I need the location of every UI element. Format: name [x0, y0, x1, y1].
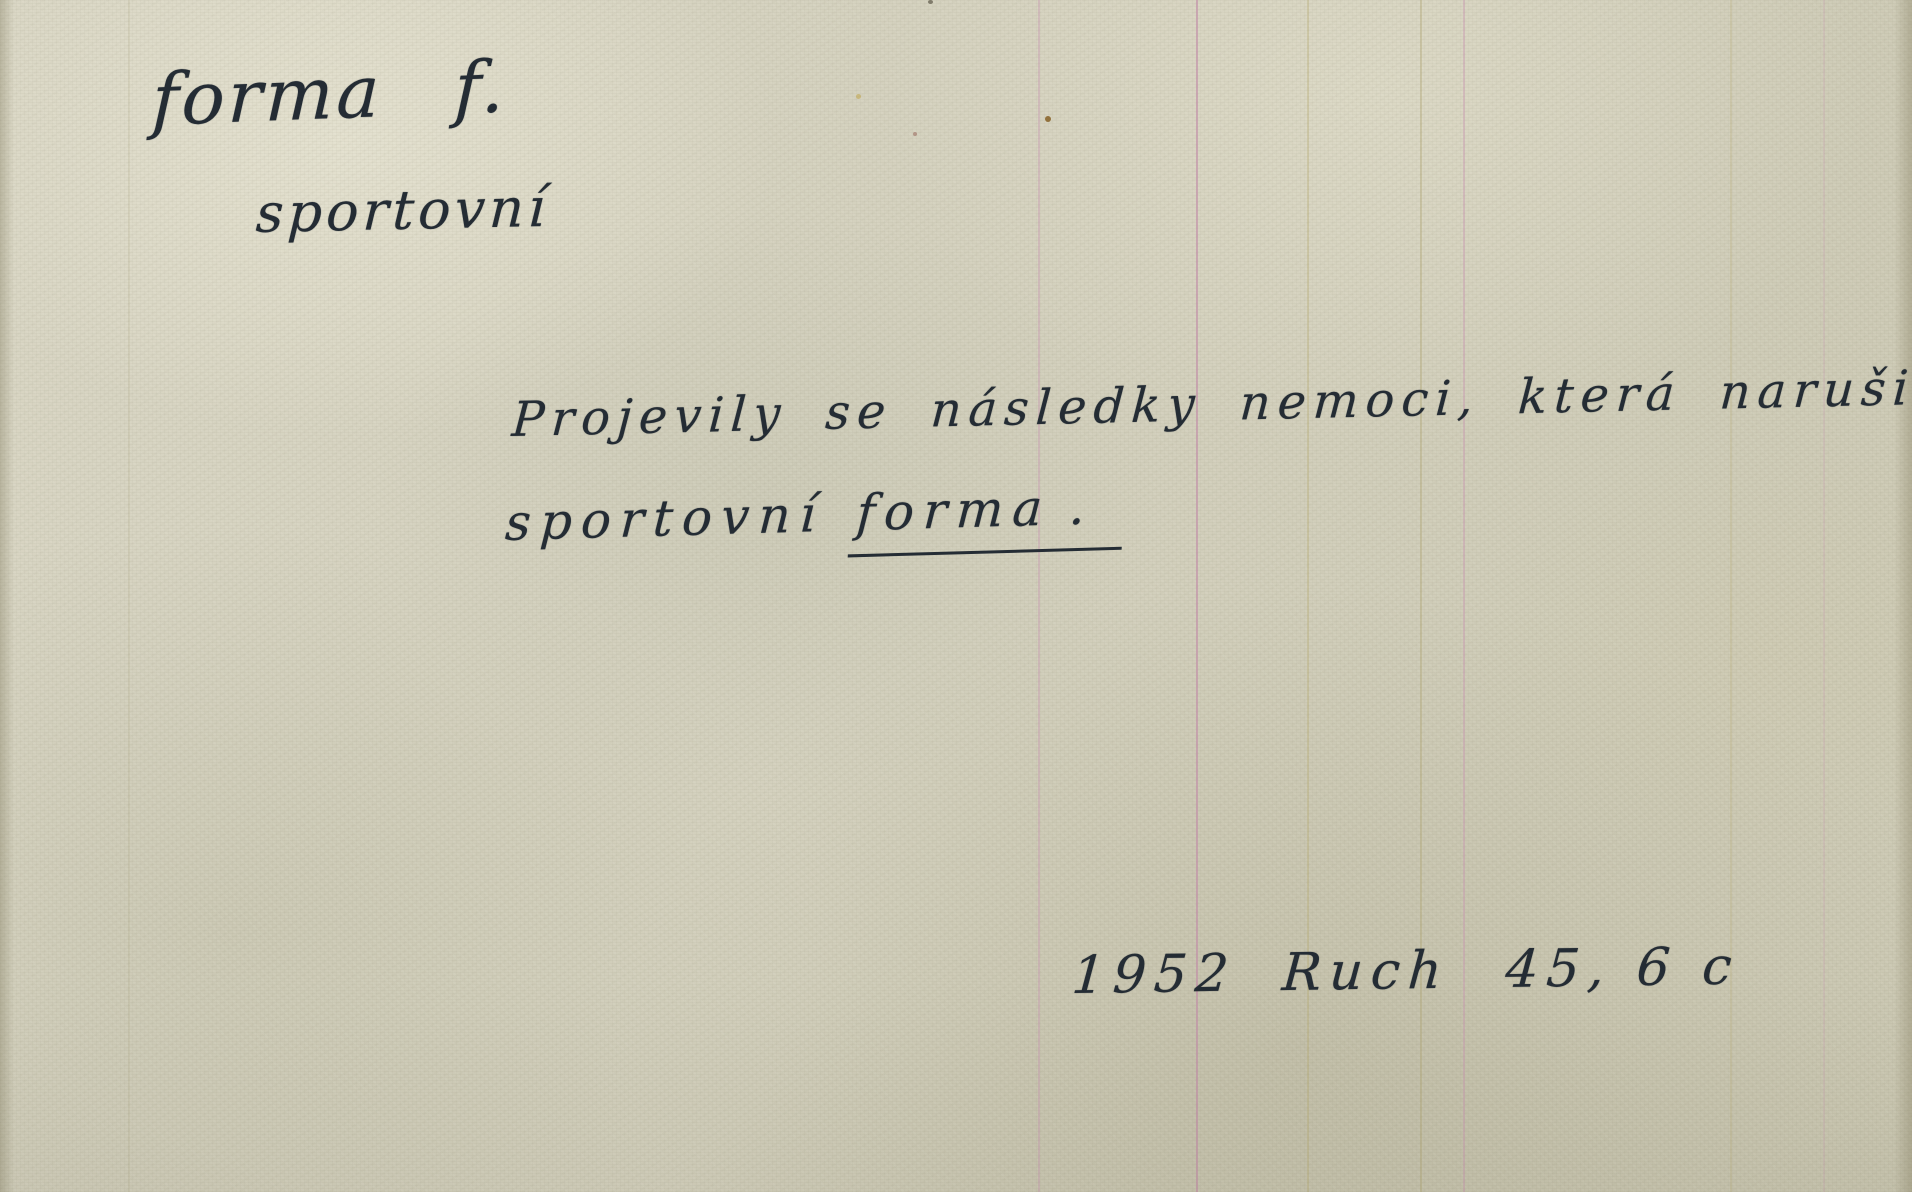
subheadword: sportovní: [254, 176, 550, 245]
ruled-line: [1420, 0, 1422, 1192]
paper-speck: [856, 94, 861, 99]
paper-speck: [928, 0, 933, 4]
emphasis-underline: forma.: [848, 477, 1126, 558]
left-edge-shadow: [0, 0, 14, 1192]
quotation-period: .: [1068, 477, 1096, 536]
citation-line: 1952Ruch45, 6 c: [1070, 937, 1742, 1006]
headword: forma: [151, 49, 384, 142]
ruled-line: [1823, 0, 1825, 1192]
paper-speck: [1045, 116, 1051, 122]
citation-year: 1952: [1070, 944, 1239, 1006]
citation-source: Ruch: [1280, 941, 1452, 1003]
citation-reference: 45, 6 c: [1503, 937, 1741, 1000]
gender-abbreviation: f.: [453, 44, 509, 130]
quotation-line-2: sportovníforma.: [503, 477, 1126, 567]
quotation-line-2-prefix: sportovní: [504, 485, 827, 552]
ruled-line: [1038, 0, 1040, 1192]
ruled-line: [1307, 0, 1309, 1192]
ruled-line: [1196, 0, 1198, 1192]
headword-line: formaf.: [151, 44, 509, 142]
ruled-line: [1463, 0, 1465, 1192]
quotation-line-1: Projevily se následky nemoci, která naru…: [510, 359, 1912, 448]
ruled-line: [1730, 0, 1732, 1192]
paper-speck: [913, 132, 917, 136]
ruled-line: [128, 0, 130, 1192]
emphasized-word: forma: [855, 479, 1053, 543]
right-edge-shadow: [1894, 0, 1912, 1192]
excerpt-card: formaf. sportovní Projevily se následky …: [0, 0, 1912, 1192]
